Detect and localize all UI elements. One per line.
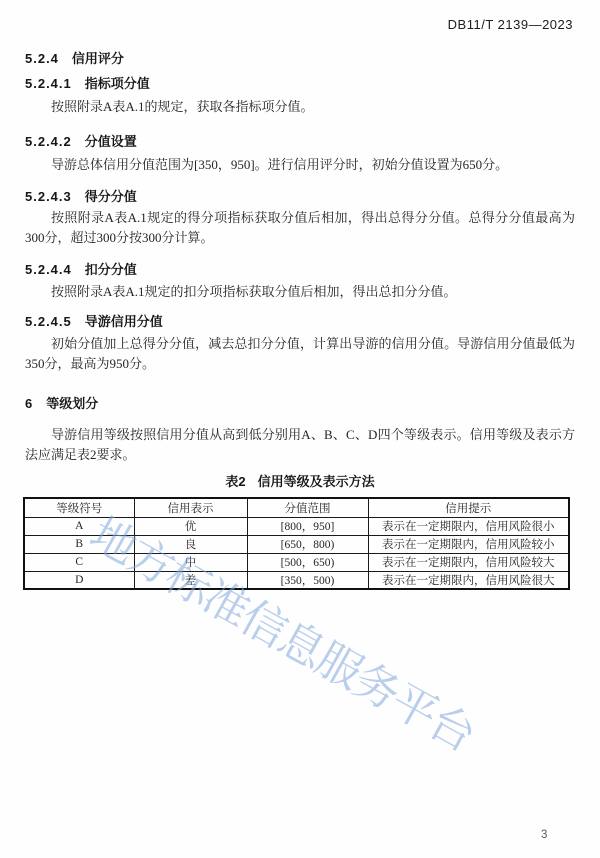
cell-score-range: [800，950] [247, 517, 368, 535]
heading-title: 分值设置 [85, 134, 137, 149]
page-number: 3 [541, 829, 547, 841]
cell-grade-symbol: C [24, 553, 134, 571]
paragraph-guide-credit-score: 初始分值加上总得分分值，减去总扣分分值，计算出导游的信用分值。导游信用分值最低为… [25, 334, 575, 373]
heading-5-2-4-1: 5.2.4.1指标项分值 [25, 73, 575, 92]
cell-score-range: [500，650) [247, 553, 368, 571]
paragraph-indicator-score: 按照附录A表A.1的规定，获取各指标项分值。 [25, 97, 575, 117]
heading-title: 指标项分值 [85, 76, 150, 91]
paragraph-score-setting: 导游总体信用分值范围为[350，950]。进行信用评分时，初始分值设置为650分… [25, 155, 575, 175]
table-caption: 表2信用等级及表示方法 [25, 471, 575, 490]
table-row: C 中 [500，650) 表示在一定期限内，信用风险较大 [24, 553, 569, 571]
cell-credit-label: 优 [134, 517, 247, 535]
heading-title: 得分分值 [85, 189, 137, 204]
table-row: B 良 [650，800) 表示在一定期限内，信用风险较小 [24, 535, 569, 553]
cell-credit-label: 差 [134, 571, 247, 589]
paragraph-grade-division: 导游信用等级按照信用分值从高到低分别用A、B、C、D四个等级表示。信用等级及表示… [25, 425, 575, 464]
col-header-grade-symbol: 等级符号 [24, 498, 134, 517]
cell-credit-hint: 表示在一定期限内，信用风险很大 [368, 571, 569, 589]
heading-number: 5.2.4 [25, 51, 59, 66]
heading-title: 等级划分 [46, 396, 98, 411]
cell-score-range: [650，800) [247, 535, 368, 553]
heading-title: 导游信用分值 [85, 314, 163, 329]
heading-5-2-4-3: 5.2.4.3得分分值 [25, 186, 575, 205]
cell-grade-symbol: D [24, 571, 134, 589]
cell-grade-symbol: A [24, 517, 134, 535]
cell-credit-label: 良 [134, 535, 247, 553]
col-header-credit-hint: 信用提示 [368, 498, 569, 517]
standard-code-header: DB11/T 2139—2023 [448, 17, 573, 32]
heading-5-2-4: 5.2.4信用评分 [25, 48, 575, 67]
cell-score-range: [350，500) [247, 571, 368, 589]
col-header-credit-label: 信用表示 [134, 498, 247, 517]
heading-number: 5.2.4.5 [25, 314, 72, 329]
heading-5-2-4-2: 5.2.4.2分值设置 [25, 131, 575, 150]
heading-6: 6等级划分 [25, 393, 575, 412]
heading-number: 5.2.4.4 [25, 262, 72, 277]
heading-number: 6 [25, 396, 33, 411]
table-header-row: 等级符号 信用表示 分值范围 信用提示 [24, 498, 569, 517]
cell-credit-hint: 表示在一定期限内，信用风险较小 [368, 535, 569, 553]
cell-credit-label: 中 [134, 553, 247, 571]
cell-credit-hint: 表示在一定期限内，信用风险较大 [368, 553, 569, 571]
heading-number: 5.2.4.2 [25, 134, 72, 149]
heading-number: 5.2.4.1 [25, 76, 72, 91]
heading-title: 信用评分 [72, 51, 124, 66]
table-caption-title: 信用等级及表示方法 [258, 474, 375, 489]
cell-credit-hint: 表示在一定期限内，信用风险很小 [368, 517, 569, 535]
col-header-score-range: 分值范围 [247, 498, 368, 517]
paragraph-deduction-score: 按照附录A表A.1规定的扣分项指标获取分值后相加，得出总扣分分值。 [25, 282, 575, 302]
table-row: D 差 [350，500) 表示在一定期限内，信用风险很大 [24, 571, 569, 589]
cell-grade-symbol: B [24, 535, 134, 553]
credit-grade-table: 等级符号 信用表示 分值范围 信用提示 A 优 [800，950] 表示在一定期… [23, 497, 570, 590]
heading-5-2-4-4: 5.2.4.4扣分分值 [25, 259, 575, 278]
paragraph-gain-score: 按照附录A表A.1规定的得分项指标获取分值后相加，得出总得分分值。总得分分值最高… [25, 208, 575, 247]
document-page: DB11/T 2139—2023 5.2.4信用评分 5.2.4.1指标项分值 … [0, 0, 600, 858]
table-row: A 优 [800，950] 表示在一定期限内，信用风险很小 [24, 517, 569, 535]
heading-title: 扣分分值 [85, 262, 137, 277]
table-caption-label: 表2 [225, 474, 245, 489]
heading-number: 5.2.4.3 [25, 189, 72, 204]
heading-5-2-4-5: 5.2.4.5导游信用分值 [25, 311, 575, 330]
